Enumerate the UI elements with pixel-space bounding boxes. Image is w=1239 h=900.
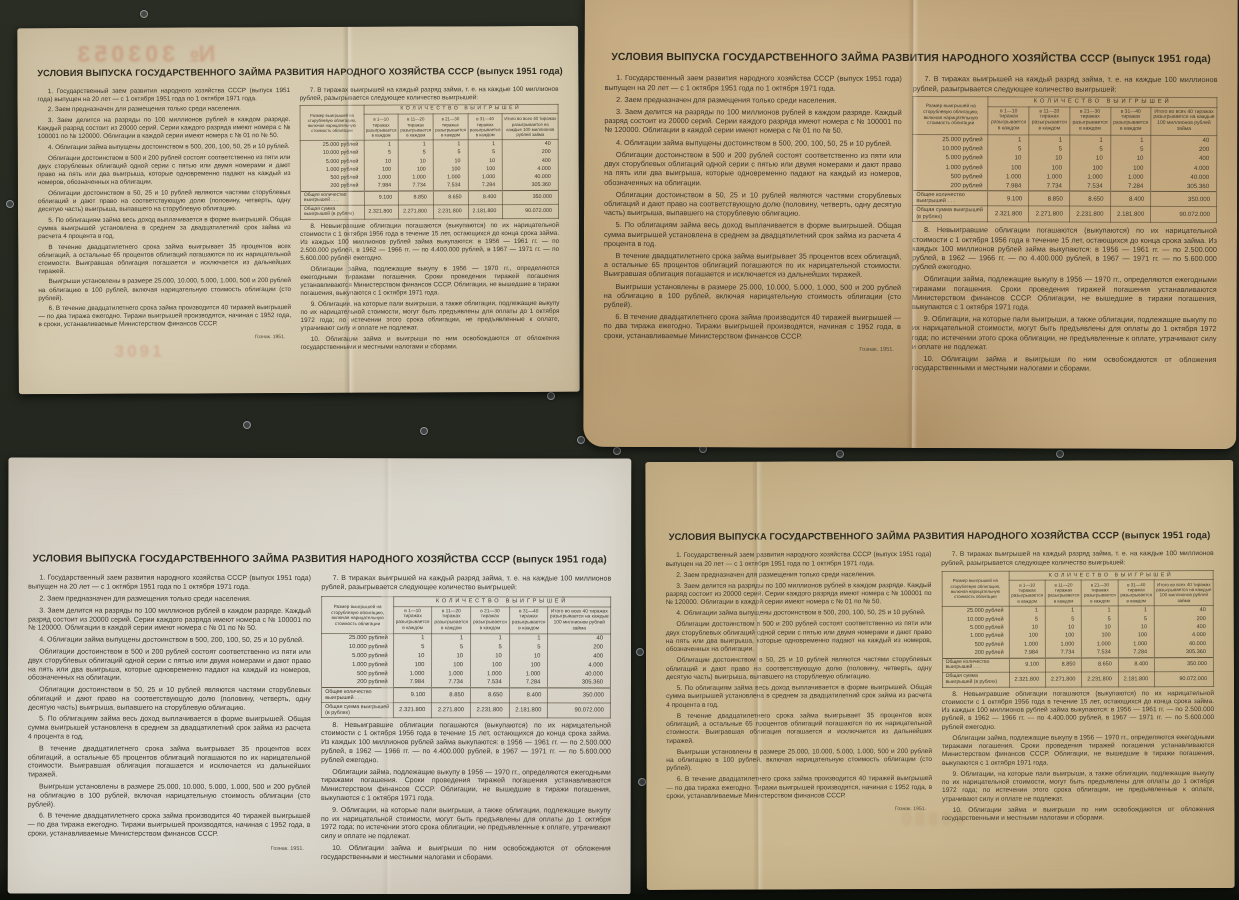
- winnings-table: Размер выигрышей на сторублевую облигаци…: [321, 596, 611, 719]
- total-value: 90.072.000: [548, 703, 611, 718]
- count-value: 1.000: [393, 670, 432, 679]
- count-value: 40: [548, 634, 611, 643]
- winnings-table-head: Размер выигрышей на сторублевую облигаци…: [942, 570, 1213, 606]
- text-columns: 1. Государственный заем развития народно…: [666, 550, 1215, 827]
- count-value: 7.734: [399, 182, 434, 191]
- count-value: 1.000: [471, 670, 510, 679]
- paragraph: 3. Заем делится на разряды по 100 миллио…: [38, 116, 291, 141]
- imprint-gosznak: Гознак. 1951.: [39, 334, 292, 341]
- count-value: 1.000: [1069, 172, 1110, 181]
- count-value: 1.000: [509, 670, 548, 679]
- paragraph: 5. По облигациям займа весь доход выплач…: [666, 684, 932, 710]
- count-value: 10: [399, 157, 434, 165]
- count-value: 7.534: [471, 679, 510, 688]
- film-bubble: [613, 447, 621, 455]
- table-col-header: в 21—30 тиражах разыгрывается в каждом: [471, 606, 510, 634]
- count-value: 100: [393, 661, 432, 670]
- total-value: 90.072.000: [1151, 207, 1217, 223]
- denomination-label: 25.000 рублей: [913, 135, 988, 145]
- count-value: 4.000: [548, 661, 611, 670]
- total-value: 90.072.000: [503, 204, 559, 218]
- paragraph: 2. Заем предназначен для размещения толь…: [604, 95, 901, 105]
- winnings-table-totals: Общее количество выигрышей . . .9.1008.8…: [300, 190, 558, 219]
- total-value: 90.072.000: [1155, 672, 1214, 687]
- count-value: 10: [1118, 623, 1154, 632]
- document-title: УСЛОВИЯ ВЫПУСКА ГОСУДАРСТВЕННОГО ЗАЙМА Р…: [37, 66, 558, 80]
- count-value: 10: [471, 652, 510, 661]
- paragraph: 10. Облигации займа и выигрыши по ним ос…: [301, 334, 560, 351]
- count-value: 1: [1045, 606, 1081, 615]
- count-value: 1: [1082, 606, 1118, 615]
- count-value: 305.360: [1151, 182, 1217, 192]
- table-col-header: Итого во всех 40 тиражах разыгрывается н…: [548, 606, 611, 634]
- denomination-label: 5.000 рублей: [322, 652, 393, 661]
- count-value: 1: [1029, 135, 1070, 145]
- count-value: 1.000: [1029, 172, 1070, 181]
- count-value: 1: [988, 135, 1029, 145]
- table-row: 25.000 рублей111140: [322, 634, 611, 644]
- paragraph: Облигации достоинством в 500 и 200 рубле…: [666, 620, 932, 654]
- table-group-header: КОЛИЧЕСТВО ВЫИГРЫШЕЙ: [393, 597, 610, 607]
- winnings-table: Размер выигрышей на сторублевую облигаци…: [941, 570, 1214, 688]
- winnings-table-head: Размер выигрышей на сторублевую облигаци…: [300, 105, 558, 141]
- total-value: 9.100: [364, 191, 399, 205]
- left-column: 1. Государственный заем развития народно…: [37, 87, 291, 356]
- count-value: 400: [503, 156, 559, 164]
- table-col-header: Итого во всех 40 тиражах разыгрывается н…: [502, 114, 558, 140]
- count-value: 7.534: [1082, 649, 1118, 658]
- count-value: 40: [503, 139, 559, 148]
- count-value: 100: [1029, 163, 1070, 172]
- total-value: 8.400: [1110, 191, 1151, 207]
- denomination-label: 500 рублей: [300, 174, 364, 183]
- paragraph: 6. В течение двадцатилетнего срока займа…: [666, 775, 932, 801]
- count-value: 7.984: [1009, 649, 1045, 658]
- table-total-row: Общая сумма выигрышей (в рублях)2.321.80…: [913, 206, 1217, 223]
- count-value: 5: [1082, 615, 1118, 624]
- total-value: 2.181.800: [468, 204, 503, 218]
- count-value: 5: [432, 643, 471, 652]
- total-value: 2.181.800: [1118, 672, 1154, 687]
- table-total-row: Общее количество выигрышей . . .9.1008.8…: [913, 190, 1217, 207]
- paragraph: Облигации достоинством в 500 и 200 рубле…: [604, 150, 901, 188]
- paragraph: 7. В тиражах выигрышей на каждый разряд …: [321, 575, 611, 593]
- paragraph: 7. В тиражах выигрышей на каждый разряд …: [941, 550, 1213, 568]
- denomination-label: 1.000 рублей: [913, 163, 988, 172]
- total-value: 9.100: [988, 191, 1029, 207]
- document-body: УСЛОВИЯ ВЫПУСКА ГОСУДАРСТВЕННОГО ЗАЙМА Р…: [645, 460, 1234, 827]
- count-value: 7.984: [364, 182, 399, 191]
- film-bubble: [420, 427, 428, 435]
- table-col-header: в 21—30 тиражах разыгрывается в каждом: [1070, 107, 1111, 136]
- paragraph: 6. В течение двадцатилетнего срока займа…: [38, 304, 291, 329]
- paragraph: 8. Невыигравшие облигации погашаются (вы…: [321, 722, 611, 767]
- paragraph: 5. По облигациям займа весь доход выплач…: [38, 216, 291, 241]
- paragraph: Выигрыши установлены в размере 25.000, 1…: [666, 748, 932, 774]
- table-corner-header: Размер выигрышей на сторублевую облигаци…: [322, 597, 394, 634]
- count-value: 400: [548, 652, 611, 661]
- document-body: УСЛОВИЯ ВЫПУСКА ГОСУДАРСТВЕННОГО ЗАЙМА Р…: [583, 0, 1237, 377]
- total-value: 8.850: [1046, 658, 1082, 673]
- count-value: 100: [1070, 163, 1111, 172]
- total-value: 350.000: [1155, 657, 1214, 672]
- total-value: 350.000: [1151, 191, 1217, 207]
- right-column: 7. В тиражах выигрышей на каждый разряд …: [941, 550, 1214, 826]
- imprint-gosznak: Гознак. 1951.: [666, 806, 932, 813]
- count-value: 40: [1154, 606, 1213, 615]
- paragraph: Облигации займа, подлежащие выкупу в 195…: [321, 769, 611, 805]
- right-column: 7. В тиражах выигрышей на каждый разряд …: [321, 575, 611, 866]
- winnings-table: Размер выигрышей на сторублевую облигаци…: [300, 104, 559, 219]
- denomination-label: 5.000 рублей: [300, 157, 364, 166]
- count-value: 200: [548, 643, 611, 652]
- denomination-label: 200 рублей: [300, 182, 364, 191]
- count-value: 5: [1070, 145, 1111, 154]
- count-value: 7.734: [432, 679, 471, 688]
- total-label: Общая сумма выигрышей (в рублях): [322, 703, 393, 718]
- denomination-label: 10.000 рублей: [913, 144, 988, 153]
- count-value: 1: [1009, 606, 1045, 615]
- table-total-row: Общая сумма выигрышей (в рублях)2.321.80…: [942, 672, 1213, 687]
- album-page: УСЛОВИЯ ВЫПУСКА ГОСУДАРСТВЕННОГО ЗАЙМА Р…: [0, 0, 1239, 900]
- table-col-header: в 31—40 тиражах разыгрывается в каждом: [1118, 579, 1154, 606]
- after-table-paragraphs: 8. Невыигравшие облигации погашаются (вы…: [300, 222, 560, 352]
- count-value: 100: [364, 165, 399, 173]
- count-value: 100: [1110, 163, 1151, 172]
- denomination-label: 25.000 рублей: [322, 634, 393, 643]
- imprint-gosznak: Гознак. 1951.: [604, 346, 901, 354]
- right-column: 7. В тиражах выигрышей на каждый разряд …: [300, 85, 560, 354]
- count-value: 400: [1155, 623, 1214, 632]
- count-value: 10: [364, 157, 399, 165]
- count-value: 1: [1118, 606, 1154, 615]
- count-value: 1.000: [1082, 640, 1118, 649]
- count-value: 10: [432, 652, 471, 661]
- winnings-table-body: 25.000 рублей11114010.000 рублей55552005…: [913, 135, 1217, 192]
- paragraph: Выигрыши установлены в размере 25.000, 1…: [28, 784, 311, 811]
- count-value: 4.000: [1155, 631, 1214, 640]
- denomination-label: 1.000 рублей: [322, 661, 393, 670]
- count-value: 100: [1045, 632, 1081, 641]
- count-value: 10: [1045, 623, 1081, 632]
- count-value: 10: [988, 154, 1029, 163]
- paragraph: Облигации достоинством в 50, 25 и 10 руб…: [604, 190, 901, 219]
- table-col-header: в 1—10 тиражах разыгрывается в каждом: [1009, 580, 1045, 607]
- table-col-header: в 21—30 тиражах разыгрывается в каждом: [1082, 580, 1118, 607]
- denomination-label: 25.000 рублей: [300, 140, 364, 149]
- paragraph: 9. Облигации, на которые пали выигрыши, …: [942, 770, 1214, 804]
- paragraph: 8. Невыигравшие облигации погашаются (вы…: [912, 225, 1217, 272]
- paragraph: 10. Облигации займа и выигрыши по ним ос…: [912, 354, 1217, 373]
- total-label: Общее количество выигрышей . . .: [300, 191, 364, 205]
- count-value: 5: [433, 149, 468, 157]
- count-value: 1: [1110, 135, 1151, 145]
- total-value: 8.400: [468, 190, 503, 204]
- bond-document-top-left: УСЛОВИЯ ВЫПУСКА ГОСУДАРСТВЕННОГО ЗАЙМА Р…: [17, 26, 580, 394]
- paragraph: 3. Заем делится на разряды по 100 миллио…: [666, 582, 932, 608]
- total-value: 8.850: [399, 190, 434, 204]
- film-bubble: [577, 436, 585, 444]
- total-value: 9.100: [1009, 658, 1045, 673]
- count-value: 305.360: [503, 181, 559, 190]
- count-value: 305.360: [548, 679, 611, 688]
- total-value: 8.650: [433, 190, 468, 204]
- bond-document-bottom-left: УСЛОВИЯ ВЫПУСКА ГОСУДАРСТВЕННОГО ЗАЙМА Р…: [8, 457, 632, 894]
- film-bubble: [6, 200, 14, 208]
- count-value: 40.000: [1151, 172, 1217, 181]
- paragraph: 7. В тиражах выигрышей на каждый разряд …: [300, 85, 559, 102]
- count-value: 100: [471, 661, 510, 670]
- winnings-table-totals: Общее количество выигрышей . . .9.1008.8…: [913, 190, 1217, 222]
- paragraph: 3. Заем делится на разряды по 100 миллио…: [28, 607, 311, 634]
- count-value: 200: [503, 148, 559, 156]
- count-value: 7.284: [1110, 181, 1151, 191]
- count-value: 1.000: [433, 173, 468, 181]
- denomination-label: 10.000 рублей: [942, 615, 1009, 624]
- table-col-header: в 1—10 тиражах разыгрывается в каждом: [364, 114, 399, 140]
- denomination-label: 200 рублей: [913, 181, 988, 191]
- denomination-label: 1.000 рублей: [942, 632, 1009, 641]
- count-value: 1.000: [1009, 640, 1045, 649]
- total-label: Общее количество выигрышей . . .: [322, 688, 393, 703]
- paragraph: 3. Заем делится на разряды по 100 миллио…: [604, 107, 901, 136]
- table-col-header: в 21—30 тиражах разыгрывается в каждом: [433, 114, 468, 140]
- left-column: 1. Государственный заем развития народно…: [28, 575, 311, 866]
- count-value: 40.000: [548, 670, 611, 679]
- paragraph: 7. В тиражах выигрышей на каждый разряд …: [913, 74, 1218, 93]
- count-value: 200: [1154, 615, 1213, 624]
- table-corner-header: Размер выигрышей на сторублевую облигаци…: [913, 96, 988, 135]
- count-value: 100: [433, 165, 468, 173]
- table-corner-header: Размер выигрышей на сторублевую облигаци…: [300, 106, 364, 141]
- table-row: 200 рублей7.9847.7347.5347.284305.360: [322, 678, 611, 688]
- count-value: 1: [393, 634, 432, 643]
- total-value: 8.400: [509, 688, 548, 703]
- winnings-table-body: 25.000 рублей11114010.000 рублей55552005…: [300, 139, 558, 191]
- denomination-label: 500 рублей: [942, 641, 1009, 650]
- count-value: 400: [1151, 154, 1217, 163]
- denomination-label: 5.000 рублей: [942, 624, 1009, 633]
- count-value: 7.984: [988, 181, 1029, 191]
- paragraph: 10. Облигации займа и выигрыши по ним ос…: [321, 845, 611, 863]
- paragraph: 1. Государственный заем развития народно…: [28, 575, 311, 593]
- total-label: Общее количество выигрышей . . .: [913, 190, 988, 206]
- film-bubble: [836, 450, 844, 458]
- document-body: УСЛОВИЯ ВЫПУСКА ГОСУДАРСТВЕННОГО ЗАЙМА Р…: [17, 26, 579, 356]
- count-value: 1: [509, 634, 548, 643]
- document-title: УСЛОВИЯ ВЫПУСКА ГОСУДАРСТВЕННОГО ЗАЙМА Р…: [665, 530, 1213, 544]
- count-value: 5: [393, 643, 432, 652]
- winnings-table: Размер выигрышей на сторублевую облигаци…: [912, 96, 1217, 223]
- paragraph: 4. Облигации займа выпущены достоинством…: [666, 609, 932, 618]
- text-columns: 1. Государственный заем развития народно…: [37, 85, 559, 355]
- count-value: 7.734: [1029, 181, 1070, 191]
- total-value: 2.271.800: [399, 205, 434, 219]
- count-value: 1.000: [432, 670, 471, 679]
- count-value: 5: [1045, 615, 1081, 624]
- denomination-label: 25.000 рублей: [942, 606, 1009, 615]
- count-value: 40: [1151, 136, 1217, 146]
- table-col-header: в 31—40 тиражах разыгрывается в каждом: [468, 114, 503, 140]
- paragraph: 9. Облигации, на которые пали выигрыши, …: [321, 807, 611, 843]
- document-title: УСЛОВИЯ ВЫПУСКА ГОСУДАРСТВЕННОГО ЗАЙМА Р…: [605, 51, 1218, 66]
- winnings-table-body: 25.000 рублей11114010.000 рублей55552005…: [322, 634, 611, 688]
- count-value: 1: [1070, 135, 1111, 145]
- table-col-header: в 1—10 тиражах разыгрывается в каждом: [988, 106, 1029, 135]
- paragraph: Облигации достоинством в 50, 25 и 10 руб…: [28, 687, 311, 714]
- paragraph: 2. Заем предназначен для размещения толь…: [666, 571, 932, 580]
- film-bubble: [1056, 450, 1064, 458]
- paragraph: 10. Облигации займа и выигрыши по ним ос…: [942, 806, 1214, 824]
- winnings-table-body: 25.000 рублей11114010.000 рублей55552005…: [942, 606, 1214, 658]
- count-value: 1.000: [399, 173, 434, 181]
- winnings-table-totals: Общее количество выигрышей . . .9.1008.8…: [942, 657, 1213, 687]
- count-value: 1.000: [364, 174, 399, 182]
- paragraph: 4. Облигации займа выпущены достоинством…: [604, 138, 901, 148]
- count-value: 100: [1118, 632, 1154, 641]
- count-value: 100: [988, 163, 1029, 172]
- paragraph: В течение двадцатилетнего срока займа вы…: [666, 712, 932, 746]
- count-value: 100: [468, 165, 503, 173]
- paragraph: Облигации достоинством в 50, 25 и 10 руб…: [666, 656, 932, 682]
- paragraph: Облигации займа, подлежащие выкупу в 195…: [300, 265, 559, 298]
- paragraph: В течение двадцатилетнего срока займа вы…: [28, 745, 311, 781]
- paragraph: Облигации достоинством в 500 и 200 рубле…: [28, 648, 311, 684]
- film-bubble: [636, 648, 644, 656]
- total-value: 2.231.800: [1082, 672, 1118, 687]
- total-value: 2.231.800: [433, 204, 468, 218]
- total-value: 8.650: [470, 688, 509, 703]
- film-bubble: [547, 392, 555, 400]
- total-value: 2.181.800: [1110, 207, 1151, 223]
- winnings-table-head: Размер выигрышей на сторублевую облигаци…: [913, 96, 1217, 135]
- right-column: 7. В тиражах выигрышей на каждый разряд …: [912, 74, 1218, 376]
- paragraph: 5. По облигациям займа весь доход выплач…: [604, 220, 901, 249]
- table-col-header: в 11—20 тиражах разыгрывается в каждом: [1029, 106, 1070, 135]
- film-bubble: [243, 421, 251, 429]
- count-value: 10: [1029, 154, 1070, 163]
- count-value: 1.000: [1118, 640, 1154, 649]
- paragraph: Облигации займа, подлежащие выкупу в 195…: [912, 274, 1217, 312]
- count-value: 10: [1009, 624, 1045, 633]
- count-value: 4.000: [1151, 163, 1217, 172]
- total-value: 9.100: [393, 688, 432, 703]
- count-value: 7.534: [433, 182, 468, 191]
- count-value: 40.000: [503, 173, 559, 181]
- paragraph: 8. Невыигравшие облигации погашаются (вы…: [300, 222, 559, 263]
- denomination-label: 200 рублей: [322, 678, 393, 687]
- count-value: 7.734: [1046, 649, 1082, 658]
- count-value: 10: [433, 157, 468, 165]
- total-label: Общая сумма выигрышей (в рублях): [913, 206, 988, 222]
- left-column: 1. Государственный заем развития народно…: [666, 551, 933, 827]
- denomination-label: 500 рублей: [913, 172, 988, 181]
- count-value: 1: [398, 140, 433, 149]
- total-value: 2.271.800: [1029, 206, 1070, 222]
- total-value: 8.850: [432, 688, 471, 703]
- after-table-paragraphs: 8. Невыигравшие облигации погашаются (вы…: [942, 690, 1215, 824]
- count-value: 100: [399, 165, 434, 173]
- count-value: 1.000: [988, 172, 1029, 181]
- paragraph: 4. Облигации займа выпущены достоинством…: [38, 143, 291, 152]
- paragraph: Облигации достоинством в 500 и 200 рубле…: [38, 154, 291, 187]
- paragraph: 9. Облигации, на которые пали выигрыши, …: [912, 314, 1217, 352]
- count-value: 10: [393, 652, 432, 661]
- film-bubble: [638, 778, 646, 786]
- count-value: 5: [1029, 145, 1070, 154]
- count-value: 5: [471, 643, 510, 652]
- table-col-header: в 31—40 тиражах разыгрывается в каждом: [1110, 107, 1151, 136]
- total-value: 2.231.800: [1069, 207, 1110, 223]
- total-value: 2.181.800: [509, 703, 548, 718]
- winnings-table-totals: Общее количество выигрышей . . .9.1008.8…: [322, 688, 611, 719]
- total-value: 350.000: [548, 688, 611, 703]
- paragraph: Облигации достоинством в 50, 25 и 10 руб…: [38, 189, 291, 214]
- count-value: 10: [468, 157, 503, 165]
- table-total-row: Общее количество выигрышей . . .9.1008.8…: [322, 688, 611, 704]
- count-value: 40.000: [1155, 640, 1214, 649]
- denomination-label: 5.000 рублей: [913, 153, 988, 162]
- denomination-label: 10.000 рублей: [322, 643, 393, 652]
- count-value: 1.000: [1110, 172, 1151, 181]
- count-value: 5: [1118, 615, 1154, 624]
- paragraph: 1. Государственный заем развития народно…: [37, 87, 290, 104]
- after-table-paragraphs: 8. Невыигравшие облигации погашаются (вы…: [912, 225, 1217, 373]
- count-value: 100: [509, 661, 548, 670]
- after-table-paragraphs: 8. Невыигравшие облигации погашаются (вы…: [321, 722, 611, 864]
- table-col-header: в 31—40 тиражах разыгрывается в каждом: [509, 606, 548, 634]
- total-value: 8.650: [1082, 658, 1118, 673]
- bond-document-top-right: УСЛОВИЯ ВЫПУСКА ГОСУДАРСТВЕННОГО ЗАЙМА Р…: [583, 0, 1238, 449]
- count-value: 1: [432, 634, 471, 643]
- table-col-header: в 11—20 тиражах разыгрывается в каждом: [432, 606, 471, 634]
- count-value: 7.984: [393, 678, 432, 687]
- count-value: 5: [399, 149, 434, 157]
- table-col-header: Итого во всех 40 тиражах разыгрывается н…: [1151, 107, 1217, 136]
- total-value: 2.321.800: [988, 206, 1029, 222]
- paragraph: 6. В течение двадцатилетнего срока займа…: [604, 312, 901, 341]
- total-value: 2.321.800: [1009, 672, 1045, 687]
- paragraph: Выигрыши установлены в размере 25.000, 1…: [604, 282, 901, 311]
- bond-document-bottom-right: УСЛОВИЯ ВЫПУСКА ГОСУДАРСТВЕННОГО ЗАЙМА Р…: [645, 460, 1234, 890]
- paragraph: В течение двадцатилетнего срока займа вы…: [38, 243, 291, 276]
- count-value: 100: [1009, 632, 1045, 641]
- denomination-label: 1.000 рублей: [300, 166, 364, 175]
- count-value: 100: [432, 661, 471, 670]
- count-value: 5: [988, 145, 1029, 154]
- film-bubble: [140, 10, 148, 18]
- total-value: 2.321.800: [393, 703, 432, 718]
- paragraph: 8. Невыигравшие облигации погашаются (вы…: [942, 690, 1215, 732]
- table-corner-header: Размер выигрышей на сторублевую облигаци…: [942, 571, 1009, 607]
- count-value: 1: [471, 634, 510, 643]
- count-value: 5: [468, 148, 503, 156]
- total-value: 8.650: [1069, 191, 1110, 207]
- count-value: 7.284: [1118, 648, 1154, 657]
- table-col-header: в 11—20 тиражах разыгрывается в каждом: [398, 114, 433, 140]
- total-value: 2.271.800: [1046, 672, 1082, 687]
- count-value: 7.284: [468, 181, 503, 190]
- table-col-header: Итого во всех 40 тиражах разыгрывается н…: [1154, 579, 1213, 606]
- count-value: 200: [1151, 145, 1217, 154]
- count-value: 1.000: [468, 173, 503, 181]
- paragraph: 9. Облигации, на которые пали выигрыши, …: [300, 300, 559, 333]
- paragraph: В течение двадцатилетнего срока займа вы…: [604, 251, 901, 280]
- denomination-label: 200 рублей: [942, 649, 1009, 658]
- count-value: 305.360: [1155, 648, 1214, 657]
- count-value: 5: [1110, 145, 1151, 154]
- total-label: Общее количество выигрышей . . .: [942, 658, 1009, 673]
